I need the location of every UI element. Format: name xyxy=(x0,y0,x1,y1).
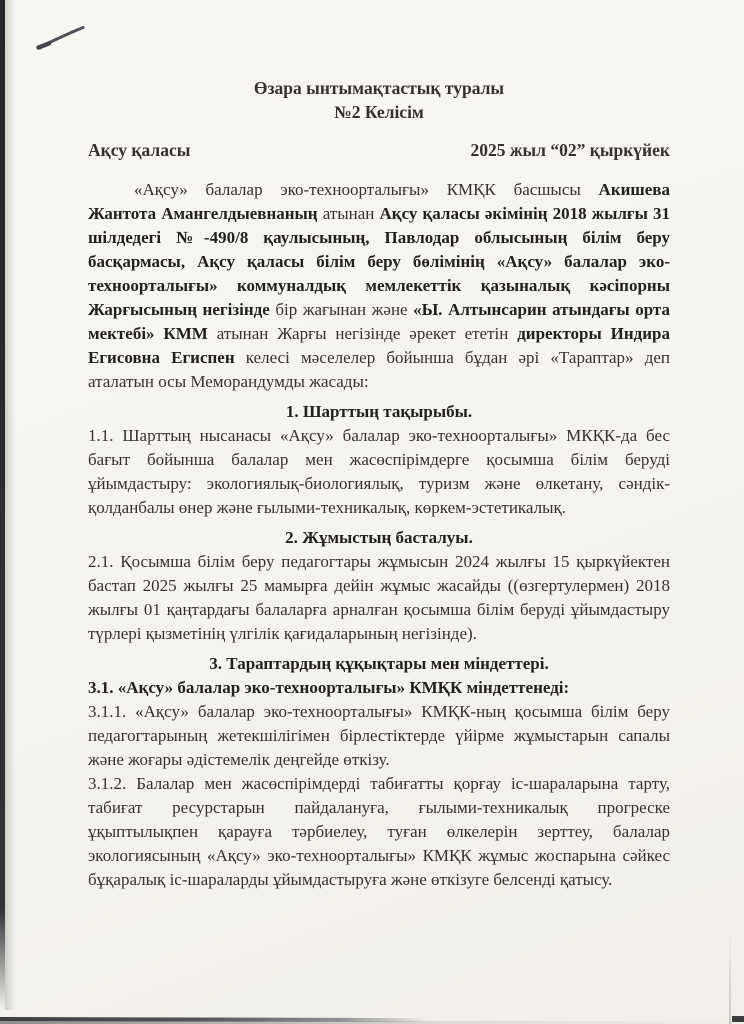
section-3-paragraph-3-1-1: 3.1.1. «Ақсу» балалар эко-техноорталығы»… xyxy=(88,700,670,772)
place-label: Ақсу қаласы xyxy=(88,138,190,162)
section-1-heading: 1. Шарттың тақырыбы. xyxy=(88,400,670,424)
scanned-document-page: Өзара ынтымақтастық туралы №2 Келісім Ақ… xyxy=(0,0,744,1024)
section-3-subheading-3-1: 3.1. «Ақсу» балалар эко-техноорталығы» К… xyxy=(88,676,670,700)
date-label: 2025 жыл “02” қыркүйек xyxy=(470,138,670,162)
scan-bottom-right-mark xyxy=(732,1016,744,1022)
pen-mark xyxy=(36,22,88,52)
place-date-row: Ақсу қаласы 2025 жыл “02” қыркүйек xyxy=(88,138,670,162)
document-content: Өзара ынтымақтастық туралы №2 Келісім Ақ… xyxy=(88,76,670,892)
paper-right-edge-line xyxy=(729,929,731,1024)
section-2-paragraph-2-1: 2.1. Қосымша білім беру педагогтары жұмы… xyxy=(88,550,670,646)
document-title-line1: Өзара ынтымақтастық туралы xyxy=(88,76,670,100)
document-title-line2: №2 Келісім xyxy=(88,100,670,124)
section-3-paragraph-3-1-2: 3.1.2. Балалар мен жасөспірімдерді табиғ… xyxy=(88,772,670,892)
preamble-paragraph: «Ақсу» балалар эко-техноорталығы» КМҚК б… xyxy=(88,178,670,394)
section-1-paragraph-1-1: 1.1. Шарттың нысанасы «Ақсу» балалар эко… xyxy=(88,424,670,520)
section-3-heading: 3. Тараптардың құқықтары мен міндеттері. xyxy=(88,652,670,676)
section-2-heading: 2. Жұмыстың басталуы. xyxy=(88,526,670,550)
scan-left-edge-shadow xyxy=(5,0,15,1010)
